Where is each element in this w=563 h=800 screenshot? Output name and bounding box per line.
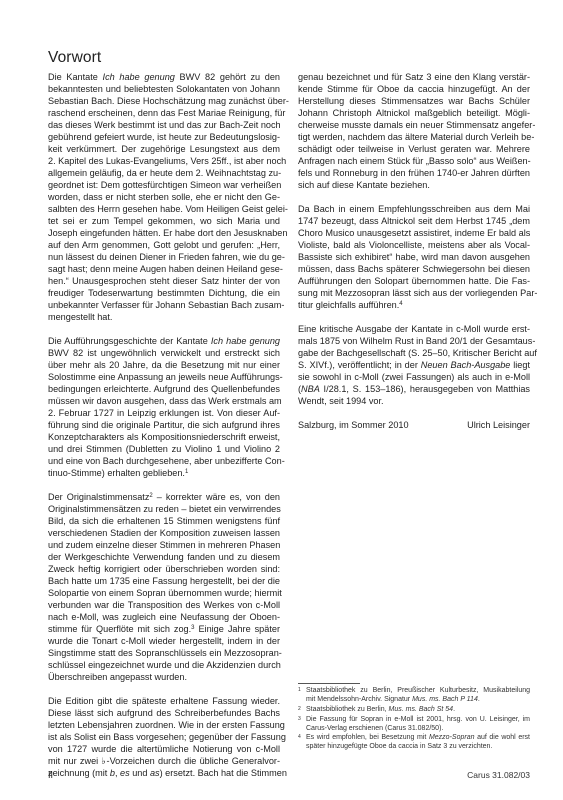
text-line: bedingungen erleichterte. Aufgrund des Q… xyxy=(48,383,280,395)
text-line: worden, dass er nicht sterben solle, ehe… xyxy=(48,191,280,203)
text-line: von 1727 wurde die altertümliche Notieru… xyxy=(48,743,280,755)
text-line: sagt hast; denn meine Augen haben deinen… xyxy=(48,263,280,275)
text-line: Carus-Verlag erschienen (Carus 31.082/50… xyxy=(306,725,530,734)
footnote: 1Staatsbibliothek zu Berlin, Preußischer… xyxy=(298,687,530,705)
text-line: tinuo-Stimme) erhalten geblieben.1 xyxy=(48,467,280,479)
text-line: nach e-Moll, was zugleich eine Neufassun… xyxy=(48,611,280,623)
right-column: genau bezeichnet und für Satz 3 eine den… xyxy=(298,71,530,431)
paragraph: genau bezeichnet und für Satz 3 eine den… xyxy=(298,71,530,191)
text-line: später hinzugefügte Oboe da caccia in Sa… xyxy=(306,743,530,752)
text-line: salbten des Herrn gesehen habe. Vom Heil… xyxy=(48,203,280,215)
text-line: Bild, da sich die erhaltenen 15 Stimmen … xyxy=(48,515,280,527)
text-line: Wendt, seit 1994 vor. xyxy=(298,395,530,407)
text-line: gabe der Bachgesellschaft (S. 25–50, Kri… xyxy=(298,347,530,359)
text-line: Johann Christoph Altnickol maßgeblich be… xyxy=(298,107,530,119)
text-line: Die Edition gibt die späteste erhaltene … xyxy=(48,695,280,707)
text-line: Konzeptcharakters als Kompositionsnieder… xyxy=(48,431,280,443)
text-line: fels und Ronneburg in den frühen 1740-er… xyxy=(298,167,530,179)
text-line: auf den Arm genommen, Gott gelobt und ge… xyxy=(48,239,280,251)
catalog-number: Carus 31.082/03 xyxy=(467,770,530,780)
text-line: kende Stimme für Oboe da caccia hinzugef… xyxy=(298,83,530,95)
signature: Salzburg, im Sommer 2010 Ulrich Leisinge… xyxy=(298,419,530,431)
paragraph: Da Bach in einem Empfehlungsschreiben au… xyxy=(298,203,530,311)
text-line: Diese lässt sich aufgrund des Schreiberb… xyxy=(48,707,280,719)
text-line: und zudem einzelne dieser Stimmen in meh… xyxy=(48,539,280,551)
text-line: müssen, dass Bachs späterer Schwiegersoh… xyxy=(298,263,530,275)
text-line: Überschreiben angepasst wurden. xyxy=(48,671,280,683)
footnotes: 1Staatsbibliothek zu Berlin, Preußischer… xyxy=(298,687,530,753)
footnote-reference: 1 xyxy=(185,469,188,475)
paragraph: Der Originalstimmensatz2 – korrekter wär… xyxy=(48,491,280,683)
text-line: S. XIVf.), veröffentlicht; in der Neuen … xyxy=(298,359,530,371)
text-line: Bach hatte um 1735 eine Fassung hergeste… xyxy=(48,575,280,587)
text-line: der Werkgeschichte Verwendung fanden und… xyxy=(48,551,280,563)
text-line: Da Bach in einem Empfehlungsschreiben au… xyxy=(298,203,530,215)
text-line: Staatsbibliothek zu Berlin, Mus. ms. Bac… xyxy=(306,706,530,715)
right-column-body: genau bezeichnet und für Satz 3 eine den… xyxy=(298,71,530,407)
footnote-number: 2 xyxy=(298,706,301,713)
text-line: Joseph eingefunden hätten. Er habe dort … xyxy=(48,227,280,239)
page-number: II xyxy=(48,770,53,780)
footnote: 4Es wird empfohlen, bei Besetzung mit Me… xyxy=(298,734,530,752)
footnote-number: 4 xyxy=(298,734,301,741)
footnote: 2Staatsbibliothek zu Berlin, Mus. ms. Ba… xyxy=(298,706,530,715)
text-line: allgemein geläufig, da er heute dem 2. W… xyxy=(48,167,280,179)
text-line: und drei Stimmen (Dubletten zu Violino 1… xyxy=(48,443,280,455)
text-line: Choro Musico unausgesetzt assistiret, in… xyxy=(298,227,530,239)
text-line: (NBA I/28.1, S. 153–186), herausgegeben … xyxy=(298,383,530,395)
text-line: Singstimme statt des Sopranschlüssels ei… xyxy=(48,647,280,659)
footnote-number: 3 xyxy=(298,716,301,723)
text-line: mit Mendelssohn-Archiv. Signatur Mus. ms… xyxy=(306,696,530,705)
text-line: Herstellung dieses Stimmensatzes war Bac… xyxy=(298,95,530,107)
page-title: Vorwort xyxy=(48,49,101,67)
text-line: sich auf diese Kantate beziehen. xyxy=(298,179,530,191)
text-line: tigt werden, nachdem das ältere Material… xyxy=(298,131,530,143)
text-line: bekanntesten und beliebtesten Solokantat… xyxy=(48,83,280,95)
text-line: wurde die Tonart c-Moll wieder hergestel… xyxy=(48,635,280,647)
paragraph: Die Kantate Ich habe genung BWV 82 gehör… xyxy=(48,71,280,323)
text-line: Zweck heftig korrigiert oder überschrieb… xyxy=(48,563,280,575)
text-line: Der Originalstimmensatz2 – korrekter wär… xyxy=(48,491,280,503)
text-line: das dieses Werk bestimmt ist und das zur… xyxy=(48,119,280,131)
text-line: titur gleichfalls aufführen.4 xyxy=(298,299,530,311)
text-line: sung mit Mezzosopran lässt sich aus der … xyxy=(298,287,530,299)
footnote-reference: 3 xyxy=(191,625,194,631)
text-line: tet sei er zum Tempel gekommen, wo sich … xyxy=(48,215,280,227)
text-line: BWV 82 ist ungewöhnlich verwickelt und e… xyxy=(48,347,280,359)
text-line: Solostimme eine Anpassung an jeweils neu… xyxy=(48,371,280,383)
text-line: führung sind die originale Partitur, die… xyxy=(48,419,280,431)
text-line: nun lässest du deinen Diener in Frieden … xyxy=(48,251,280,263)
footnote-reference: 4 xyxy=(399,301,402,307)
text-line: und eine von Bach durchgesehene, aber un… xyxy=(48,455,280,467)
text-line: geordnet ist: Dem gottesfürchtigen Simeo… xyxy=(48,179,280,191)
signature-author: Ulrich Leisinger xyxy=(467,419,530,431)
footnote: 3Die Fassung für Sopran in e-Moll ist 20… xyxy=(298,716,530,734)
text-line: Die Kantate Ich habe genung BWV 82 gehör… xyxy=(48,71,280,83)
text-line: Es wird empfohlen, bei Besetzung mit Mez… xyxy=(306,734,530,743)
text-line: sie sowohl in c-Moll (zwei Fassungen) al… xyxy=(298,371,530,383)
text-line: 1747 bezeugt, dass Altnickol seit dem He… xyxy=(298,215,530,227)
text-line: freudiger Todeserwartung bestimmten Dich… xyxy=(48,287,280,299)
paragraph: Die Edition gibt die späteste erhaltene … xyxy=(48,695,280,779)
text-line: verbunden war die Transposition des Werk… xyxy=(48,599,280,611)
text-line: Staatsbibliothek zu Berlin, Preußischer … xyxy=(306,687,530,696)
text-line: Anfragen nach einem Stück für „Basso sol… xyxy=(298,155,530,167)
text-line: Die Aufführungsgeschichte der Kantate Ic… xyxy=(48,335,280,347)
paragraph: Die Aufführungsgeschichte der Kantate Ic… xyxy=(48,335,280,479)
text-line: Violiste, bald als Violoncelliste, meist… xyxy=(298,239,530,251)
text-line: mals 1875 von Wilhelm Rust in Band 20/1 … xyxy=(298,335,530,347)
left-column: Die Kantate Ich habe genung BWV 82 gehör… xyxy=(48,71,280,791)
text-line: müssen wir davon ausgehen, dass das Werk… xyxy=(48,395,280,407)
text-line: 2. Kapitel des Lukas-Evangeliums, Vers 2… xyxy=(48,155,280,167)
text-line: Aufführungen den Solopart übernommen hat… xyxy=(298,275,530,287)
text-line: gebührend gefeiert wurde, ist heute zur … xyxy=(48,131,280,143)
text-line: 2. Februar 1727 in Leipzig erklungen ist… xyxy=(48,407,280,419)
text-line: hen.“ Unausgesprochen steht dieser Satz … xyxy=(48,275,280,287)
text-line: cherweise musste damals ein neuer Stimme… xyxy=(298,119,530,131)
text-line: raschend erscheinen, denn das Fest Maria… xyxy=(48,107,280,119)
text-line: ist als Solist ein Bass vorgesehen; gege… xyxy=(48,731,280,743)
paragraph: Eine kritische Ausgabe der Kantate in c-… xyxy=(298,323,530,407)
signature-place-date: Salzburg, im Sommer 2010 xyxy=(298,419,409,431)
text-line: Originalstimmensätzen zu reden – bietet … xyxy=(48,503,280,515)
text-line: keit verkümmert. Der zugehörige Lesungst… xyxy=(48,143,280,155)
text-line: Die Fassung für Sopran in e-Moll ist 200… xyxy=(306,716,530,725)
text-line: stimme für Querflöte mit sich zog.3 Eini… xyxy=(48,623,280,635)
text-line: zeichnung (mit b, es und as) ersetzt. Ba… xyxy=(48,767,280,779)
text-line: Solopartie von einem Sopran übernommen w… xyxy=(48,587,280,599)
footnote-number: 1 xyxy=(298,687,301,694)
text-line: genau bezeichnet und für Satz 3 eine den… xyxy=(298,71,530,83)
text-line: Bassiste sich exhibiret“ habe, wird man … xyxy=(298,251,530,263)
text-line: verschiedenen Stadien der Komposition zu… xyxy=(48,527,280,539)
text-line: Eine kritische Ausgabe der Kantate in c-… xyxy=(298,323,530,335)
text-line: mit nur zwei ♭-Vorzeichen durch die übli… xyxy=(48,755,280,767)
text-line: unbekannter Verfasser für Johann Sebasti… xyxy=(48,299,280,311)
text-line: schlüssel eingezeichnet wurde und die Ak… xyxy=(48,659,280,671)
text-line: Sebastian Bach. Diese Hochschätzung mag … xyxy=(48,95,280,107)
text-line: mengestellt hat. xyxy=(48,311,280,323)
text-line: über mehr als 20 Jahre, da die Besetzung… xyxy=(48,359,280,371)
text-line: letzten Lebensjahren zuordnen. Wie in de… xyxy=(48,719,280,731)
footnote-divider xyxy=(298,683,360,684)
footnote-reference: 2 xyxy=(149,493,152,499)
text-line: schädigt oder teilweise in Verlust gerat… xyxy=(298,143,530,155)
